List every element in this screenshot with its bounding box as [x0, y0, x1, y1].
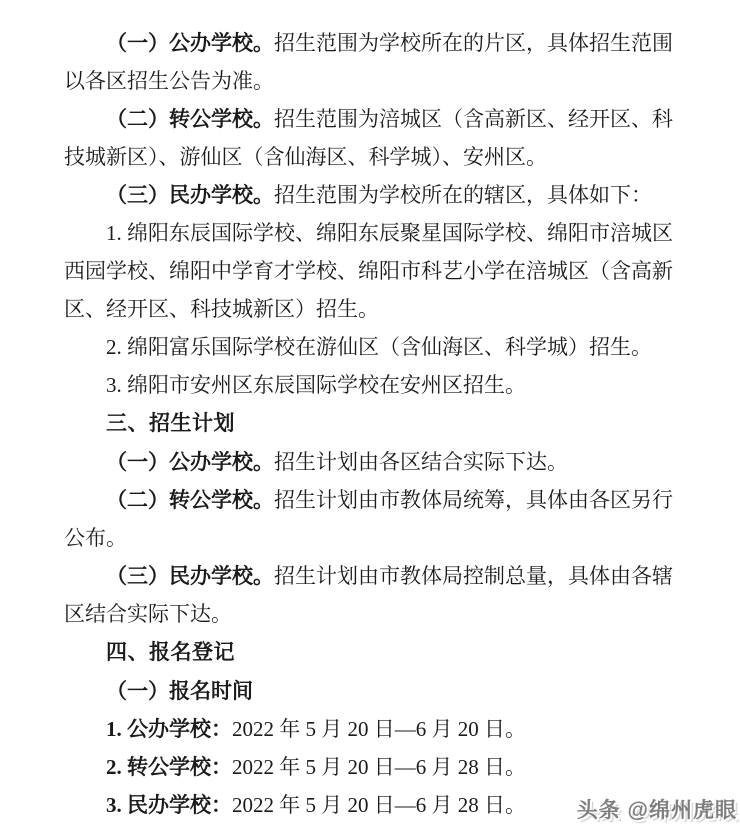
clause-public-school-plan: （一）公办学校。招生计划由各区结合实际下达。: [64, 443, 679, 481]
section-heading-enrollment-plan: 三、招生计划: [64, 404, 679, 443]
list-item-youxian-school: 2. 绵阳富乐国际学校在游仙区（含仙海区、科学城）招生。: [64, 328, 679, 366]
section-heading-registration: 四、报名登记: [64, 633, 679, 672]
date-item-lead: 1. 公办学校：: [106, 717, 232, 741]
date-item-converted-school: 2. 转公学校：2022 年 5 月 20 日—6 月 28 日。: [64, 748, 679, 786]
clause-converted-school-range: （二）转公学校。招生范围为涪城区（含高新区、经开区、科技城新区）、游仙区（含仙海…: [64, 100, 679, 176]
section-heading-label: 三、招生计划: [106, 412, 235, 435]
clause-converted-school-plan: （二）转公学校。招生计划由市教体局统筹，具体由各区另行公布。: [64, 481, 679, 557]
date-item-value: 2022 年 5 月 20 日—6 月 20 日。: [232, 717, 526, 741]
date-item-public-school: 1. 公办学校：2022 年 5 月 20 日—6 月 20 日。: [64, 710, 679, 748]
document-body: （一）公办学校。招生范围为学校所在的片区，具体招生范围以各区招生公告为准。 （二…: [0, 0, 740, 824]
subsection-heading-label: （一）报名时间: [106, 679, 253, 703]
subsection-heading-registration-time: （一）报名时间: [64, 672, 679, 710]
clause-lead: （一）公办学校。: [106, 450, 274, 474]
date-item-lead: 3. 民办学校：: [106, 793, 232, 817]
list-item-text: 2. 绵阳富乐国际学校在游仙区（含仙海区、科学城）招生。: [106, 335, 652, 359]
list-item-fucheng-schools: 1. 绵阳东辰国际学校、绵阳东辰聚星国际学校、绵阳市涪城区西园学校、绵阳中学育才…: [64, 214, 679, 328]
clause-private-school-plan: （三）民办学校。招生计划由市教体局控制总量，具体由各辖区结合实际下达。: [64, 557, 679, 633]
clause-lead: （二）转公学校。: [106, 488, 274, 512]
clause-lead: （二）转公学校。: [106, 107, 274, 131]
date-item-value: 2022 年 5 月 20 日—6 月 28 日。: [232, 793, 526, 817]
clause-public-school-range: （一）公办学校。招生范围为学校所在的片区，具体招生范围以各区招生公告为准。: [64, 24, 679, 100]
list-item-text: 1. 绵阳东辰国际学校、绵阳东辰聚星国际学校、绵阳市涪城区西园学校、绵阳中学育才…: [64, 221, 673, 321]
clause-private-school-range: （三）民办学校。招生范围为学校所在的辖区，具体如下：: [64, 176, 679, 214]
date-item-lead: 2. 转公学校：: [106, 755, 232, 779]
clause-lead: （三）民办学校。: [106, 564, 274, 588]
document-page: （一）公办学校。招生范围为学校所在的片区，具体招生范围以各区招生公告为准。 （二…: [0, 0, 740, 832]
watermark-toutiao: 头条 @绵州虎眼: [577, 794, 737, 824]
clause-lead: （三）民办学校。: [106, 183, 274, 207]
clause-lead: （一）公办学校。: [106, 31, 274, 55]
date-item-value: 2022 年 5 月 20 日—6 月 28 日。: [232, 755, 526, 779]
clause-text: 招生计划由各区结合实际下达。: [274, 450, 568, 474]
list-item-anzhou-school: 3. 绵阳市安州区东辰国际学校在安州区招生。: [64, 366, 679, 404]
list-item-text: 3. 绵阳市安州区东辰国际学校在安州区招生。: [106, 373, 526, 397]
section-heading-label: 四、报名登记: [106, 641, 235, 664]
clause-text: 招生范围为学校所在的辖区，具体如下：: [274, 183, 652, 207]
